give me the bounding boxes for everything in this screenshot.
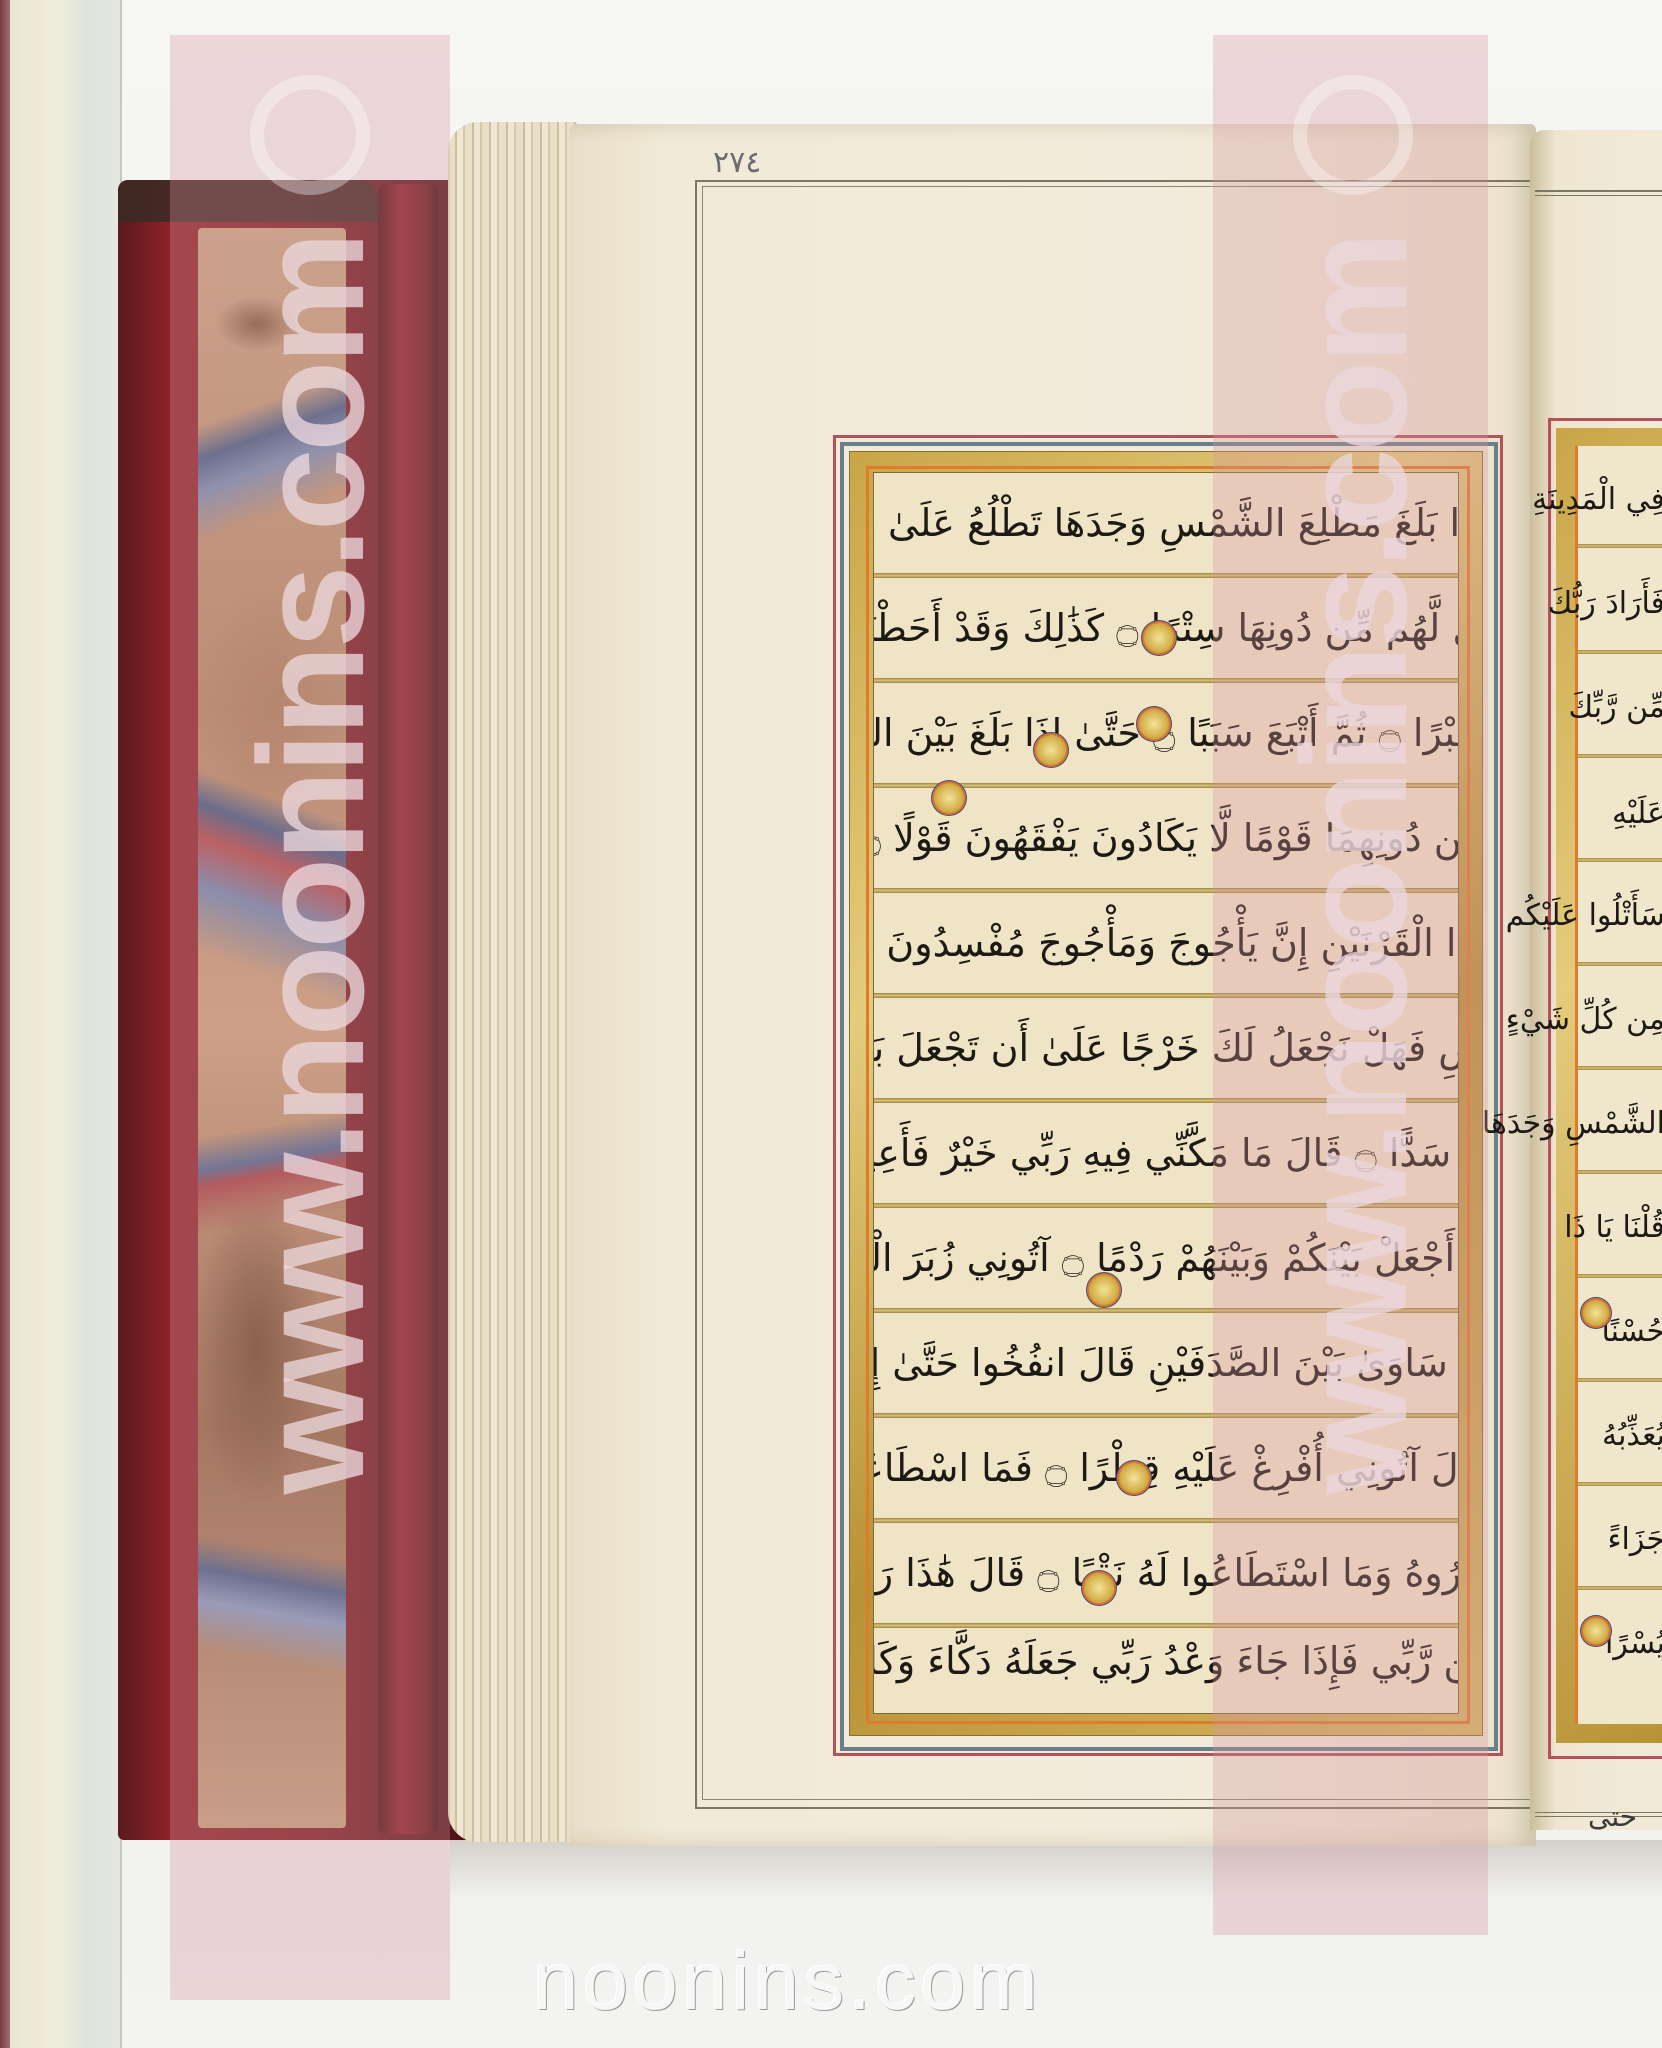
watermark-band-right: www.noonins.com [1213, 35, 1488, 1935]
catchword: حتى [1588, 1800, 1637, 1833]
next-page-fragment: الشَّمْسِ وَجَدَهَا [1482, 1106, 1662, 1141]
verse-rosette-icon [1084, 1573, 1114, 1603]
next-page-fragment: جَزَاءً [1607, 1522, 1662, 1557]
next-page-fragment: يُسْرًا [1605, 1626, 1662, 1661]
verse-rosette-icon [1089, 1275, 1119, 1305]
line-divider [1578, 1066, 1662, 1070]
verse-rosette-icon [1036, 735, 1066, 765]
next-page-top-rule [1535, 190, 1662, 196]
next-page-fragment: مِّن رَّبِّكَ [1568, 690, 1662, 725]
line-divider [1578, 1482, 1662, 1486]
watermark-vertical-text: www.noonins.com [225, 235, 398, 1494]
next-page-fragment: سَأَتْلُوا عَلَيْكُم [1506, 898, 1662, 933]
watermark-copyright-icon [250, 75, 370, 195]
watermark-band-left: www.noonins.com [170, 35, 450, 2000]
next-page-fragment: يُعَذِّبُهُ [1602, 1418, 1662, 1453]
next-page-fragment: قُلْنَا يَا ذَا [1564, 1210, 1662, 1245]
next-page-fragment: حُسْنًا [1601, 1314, 1662, 1349]
line-divider [1578, 1274, 1662, 1278]
next-page-fragment: مِن كُلِّ شَيْءٍ [1506, 1002, 1662, 1037]
verse-rosette-icon [1119, 1463, 1149, 1493]
folio-number: ۲۷٤ [713, 145, 761, 180]
next-page-fragment: عَلَيْهِ [1612, 796, 1662, 831]
line-divider [1578, 1586, 1662, 1590]
line-divider [1578, 754, 1662, 758]
watermark-vertical-text: www.noonins.com [1268, 235, 1441, 1494]
line-divider [1578, 962, 1662, 966]
next-page-fragment: فَأَرَادَ رَبُّكَ [1548, 586, 1662, 621]
line-divider [1578, 544, 1662, 548]
line-divider [1578, 1378, 1662, 1382]
verse-rosette-icon [1144, 623, 1174, 653]
watermark-copyright-icon [1293, 75, 1413, 195]
verse-rosette-icon [1583, 1618, 1609, 1644]
verse-rosette-icon [1583, 1300, 1609, 1326]
line-divider [1578, 650, 1662, 654]
next-page-text-panel: فِي الْمَدِينَةِ فَأَرَادَ رَبُّكَ مِّن … [1575, 446, 1662, 1724]
line-divider [1578, 858, 1662, 862]
line-divider [1578, 1170, 1662, 1174]
verse-rosette-icon [934, 783, 964, 813]
verse-rosette-icon [1139, 709, 1169, 739]
next-page-fragment: فِي الْمَدِينَةِ [1532, 482, 1662, 517]
page-fore-edge [448, 122, 578, 1842]
watermark-bottom-text: noonins.com [533, 1935, 1042, 2029]
